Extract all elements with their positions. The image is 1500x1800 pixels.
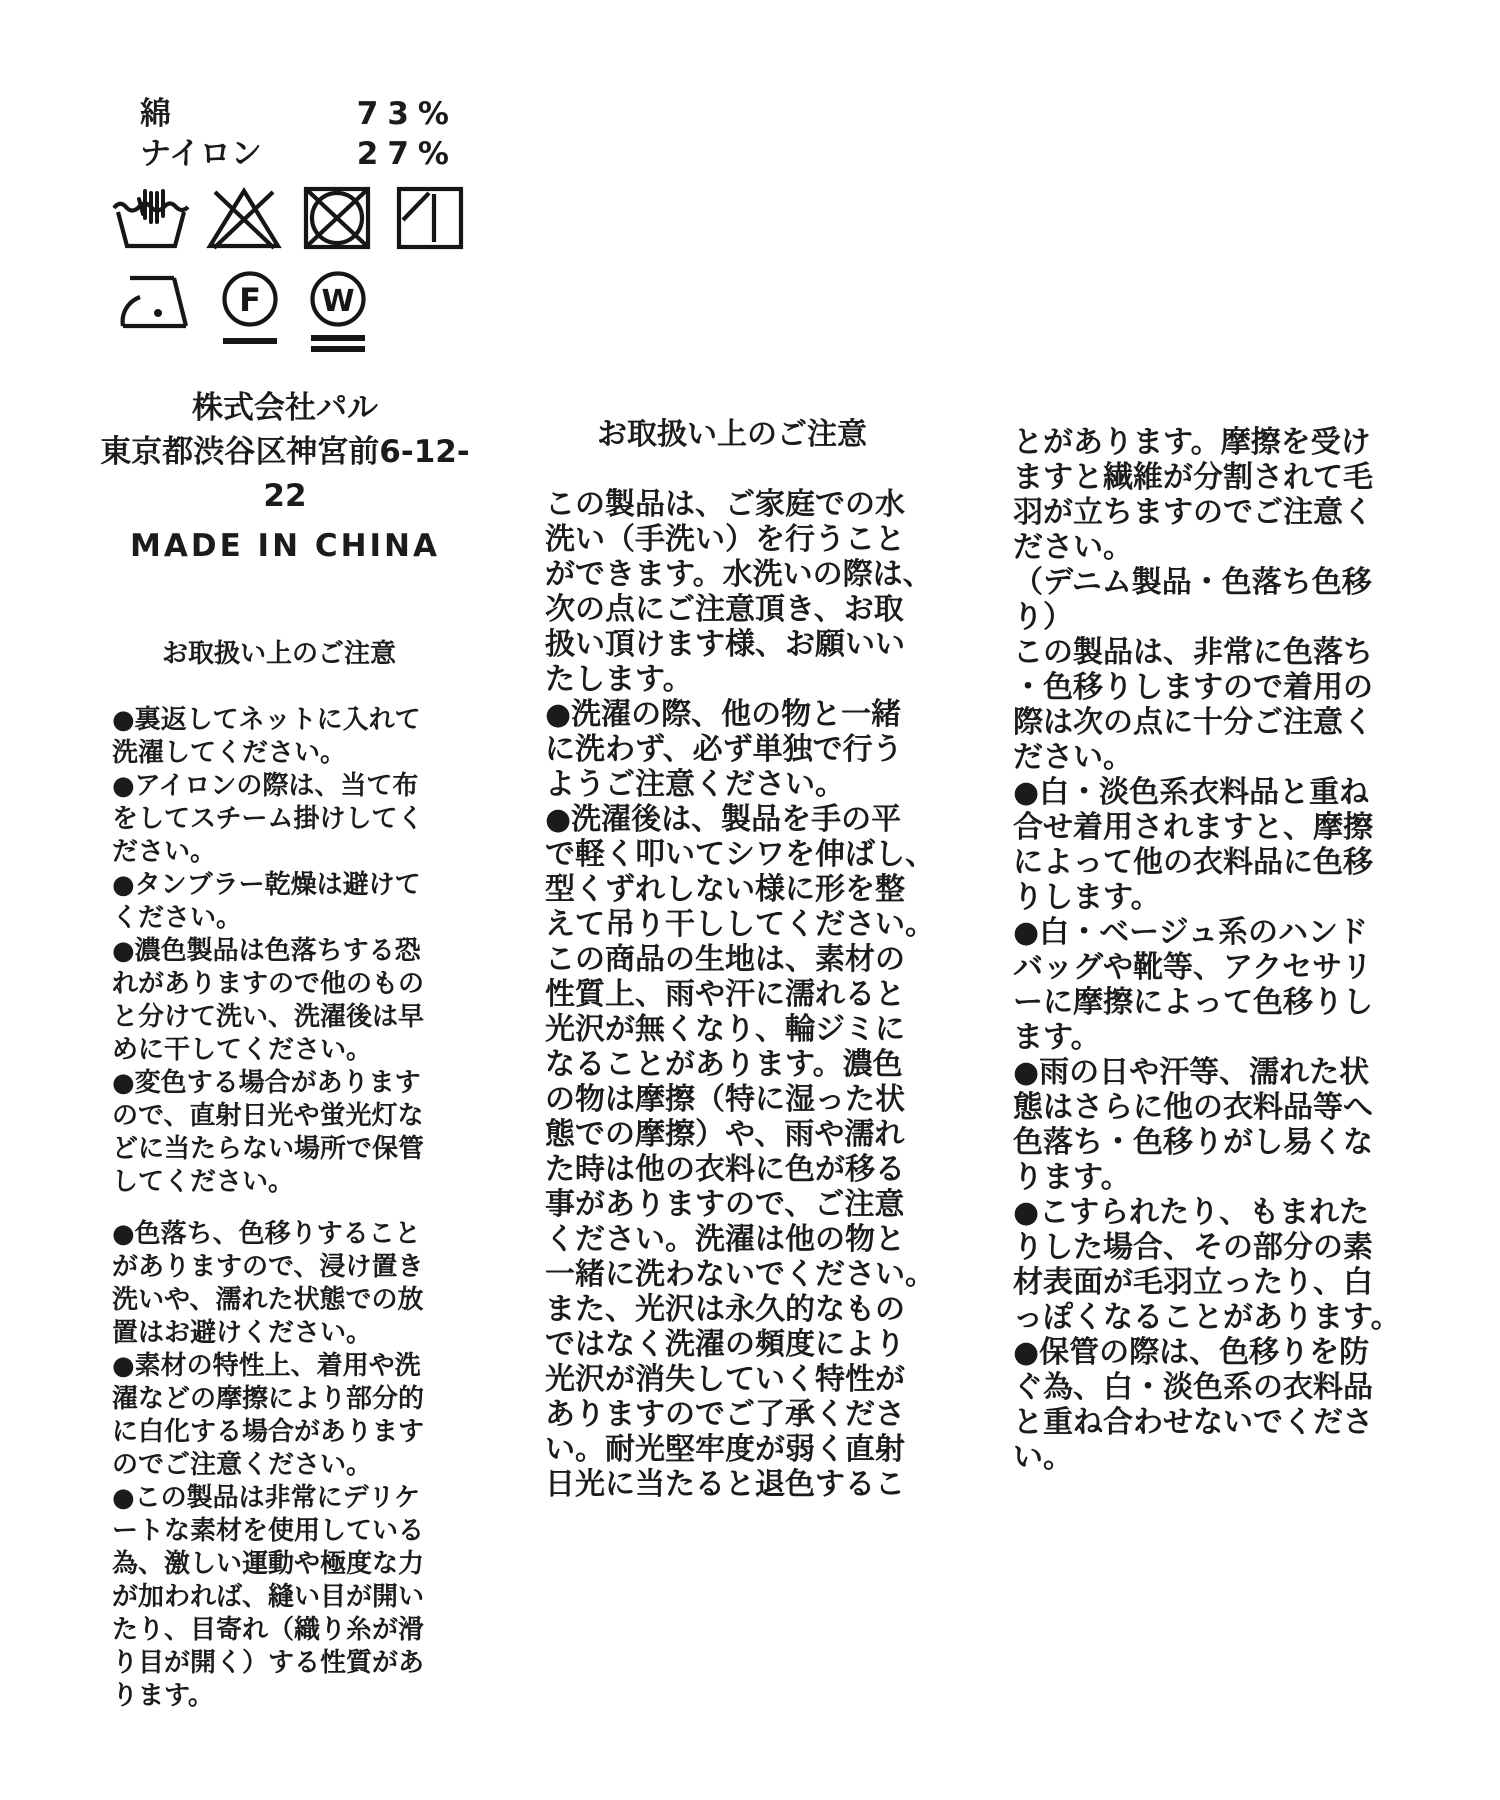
iron-low-heat-icon [116,270,192,336]
dry-clean-letter: F [239,281,261,319]
care-symbols-row-1 [110,186,471,250]
dry-clean-F-icon: F [220,270,280,354]
company-name: 株式会社パル [85,386,485,430]
wet-clean-letter: W [321,284,354,319]
do-not-tumble-dry-icon [296,186,378,250]
care-notes-title: お取扱い上のご注意 [545,417,945,452]
care-notes-body: とがあります。摩擦を受け ますと繊維が分割されて毛 羽が立ちますのでご注意く だ… [1013,425,1413,1475]
care-notes-left-block1: お取扱い上のご注意 ●裏返してネットに入れて 洗濯してください。 ●アイロンの際… [112,605,452,1232]
fabric-percent: 27% [357,134,458,174]
care-notes-right-column: とがあります。摩擦を受け ますと繊維が分割されて毛 羽が立ちますのでご注意く だ… [1013,390,1413,1510]
care-notes-body: ●色落ち、色移りすること がありますので、浸け置き 洗いや、濡れた状態での放 置… [112,1218,452,1713]
hand-wash-icon [110,186,192,250]
care-label-page: 綿 73% ナイロン 27% [0,0,1500,1800]
fabric-composition: 綿 73% ナイロン 27% [140,94,458,174]
care-symbols-row-2: F W [116,270,396,354]
composition-row: 綿 73% [140,94,458,134]
country-of-origin: MADE IN CHINA [85,524,485,568]
care-notes-body: ●裏返してネットに入れて 洗濯してください。 ●アイロンの際は、当て布 をしてス… [112,704,452,1199]
wet-clean-W-icon: W [308,270,368,354]
company-address: 東京都渋谷区神宮前6-12-22 [85,430,485,518]
hang-dry-in-shade-icon [389,186,471,250]
manufacturer-block: 株式会社パル 東京都渋谷区神宮前6-12-22 MADE IN CHINA [85,386,485,568]
care-notes-middle-column: お取扱い上のご注意 この製品は、ご家庭での水 洗い（手洗い）を行うこと ができま… [545,382,945,1537]
fabric-name: ナイロン [140,134,262,174]
do-not-bleach-icon [203,186,285,250]
care-notes-body: この製品は、ご家庭での水 洗い（手洗い）を行うこと ができます。水洗いの際は、 … [545,487,945,1502]
fabric-percent: 73% [357,94,458,134]
care-notes-left-block2: ●色落ち、色移りすること がありますので、浸け置き 洗いや、濡れた状態での放 置… [112,1185,452,1746]
composition-row: ナイロン 27% [140,134,458,174]
fabric-name: 綿 [140,94,171,134]
care-notes-title: お取扱い上のご注意 [112,638,452,671]
